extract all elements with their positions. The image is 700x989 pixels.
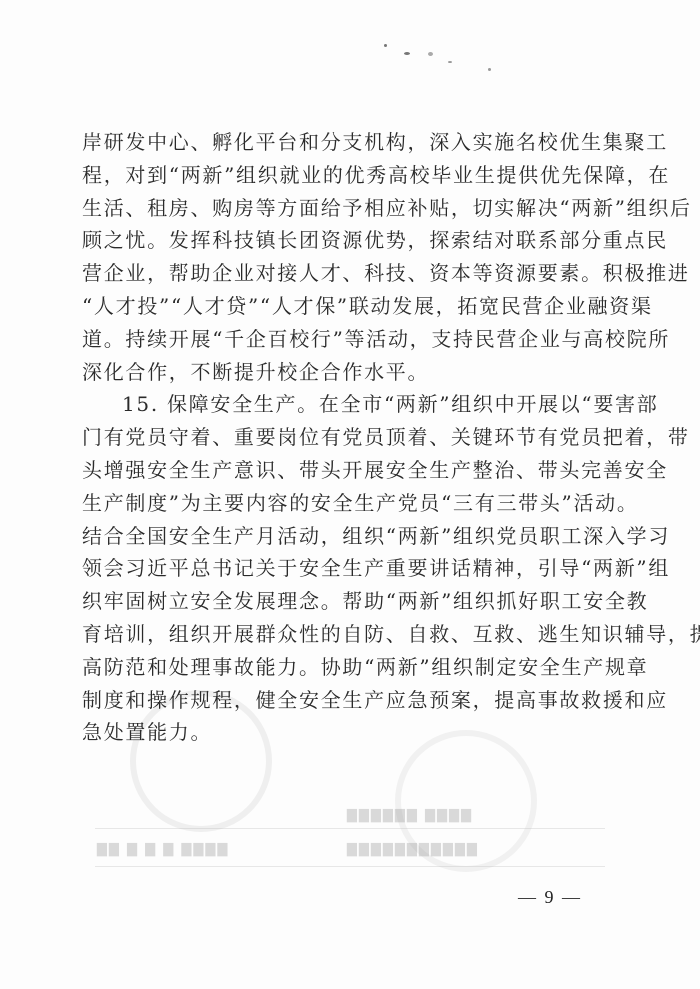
paragraph-item-15: 15. 保障安全生产。在全市“两新”组织中开展以“要害部 门有党员守着、重要岗位… bbox=[82, 388, 622, 749]
text-line: 门有党员守着、重要岗位有党员顶着、关键环节有党员把着，带 bbox=[82, 421, 617, 454]
bleed-through-rule bbox=[95, 866, 605, 867]
text-line: 制度和操作规程，健全安全生产应急预案，提高事故救援和应 bbox=[82, 684, 617, 717]
document-body: 岸研发中心、孵化平台和分支机构，深入实施名校优生集聚工 程，对到“两新”组织就业… bbox=[82, 126, 622, 749]
text-line: 急处置能力。 bbox=[82, 716, 617, 749]
bleed-through-rule bbox=[95, 828, 605, 829]
text-line: 顾之忧。发挥科技镇长团资源优势，探索结对联系部分重点民 bbox=[82, 224, 617, 257]
text-line: 道。持续开展“千企百校行”等活动，支持民营企业与高校院所 bbox=[82, 323, 617, 356]
bleed-through-text: ▇▇▇▇ ▇▇▇▇▇▇ bbox=[345, 808, 471, 823]
page-number: — 9 — bbox=[518, 887, 582, 908]
text-line: 岸研发中心、孵化平台和分支机构，深入实施名校优生集聚工 bbox=[82, 126, 617, 159]
text-line: 生活、租房、购房等方面给予相应补贴，切实解决“两新”组织后 bbox=[82, 192, 617, 225]
text-line: 头增强安全生产意识、带头开展安全生产整治、带头完善安全 bbox=[82, 454, 617, 487]
text-line: 深化合作，不断提升校企合作水平。 bbox=[82, 356, 617, 389]
text-line: 育培训，组织开展群众性的自防、自救、互救、逃生知识辅导，提 bbox=[82, 618, 617, 651]
text-line: 营企业，帮助企业对接人才、科技、资本等资源要素。积极推进 bbox=[82, 257, 617, 290]
text-line: 高防范和处理事故能力。协助“两新”组织制定安全生产规章 bbox=[82, 651, 617, 684]
text-line: “人才投”“人才贷”“人才保”联动发展，拓宽民营企业融资渠 bbox=[82, 290, 617, 323]
text-line: 领会习近平总书记关于安全生产重要讲话精神，引导“两新”组 bbox=[82, 552, 617, 585]
scan-specks bbox=[380, 40, 500, 70]
paragraph-continuation: 岸研发中心、孵化平台和分支机构，深入实施名校优生集聚工 程，对到“两新”组织就业… bbox=[82, 126, 622, 388]
text-line: 程，对到“两新”组织就业的优秀高校毕业生提供优先保障，在 bbox=[82, 159, 617, 192]
text-line: 生产制度”为主要内容的安全生产党员“三有三带头”活动。 bbox=[82, 487, 617, 520]
text-line: 结合全国安全生产月活动，组织“两新”组织党员职工深入学习 bbox=[82, 520, 617, 553]
section-heading-line: 15. 保障安全生产。在全市“两新”组织中开展以“要害部 bbox=[82, 388, 617, 421]
document-page: ▇▇▇▇ ▇▇▇▇▇▇ ▇▇▇▇▇▇▇▇▇▇▇ ▇▇▇▇ ▇ ▇ ▇ ▇▇ 岸研… bbox=[0, 0, 700, 989]
bleed-through-text: ▇▇▇▇▇▇▇▇▇▇▇ bbox=[345, 842, 477, 857]
text-line: 织牢固树立安全发展理念。帮助“两新”组织抓好职工安全教 bbox=[82, 585, 617, 618]
bleed-through-text: ▇▇▇▇ ▇ ▇ ▇ ▇▇ bbox=[95, 842, 228, 857]
